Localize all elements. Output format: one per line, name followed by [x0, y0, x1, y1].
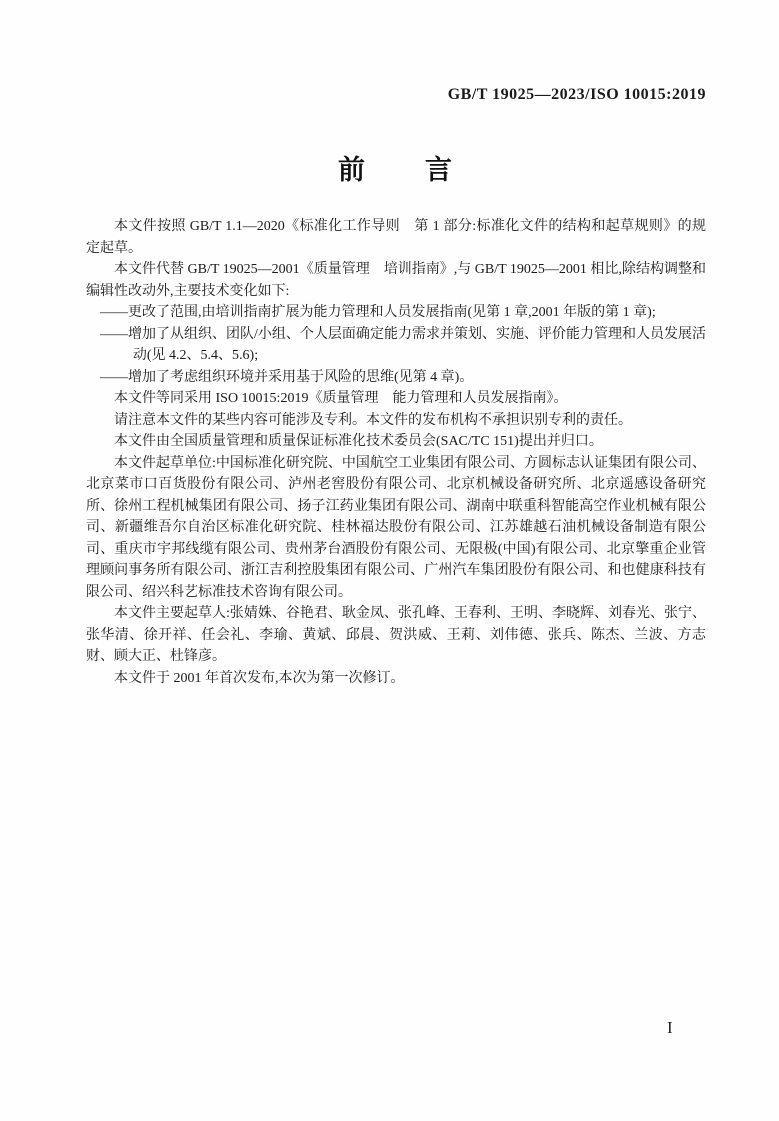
paragraph-main-drafters: 本文件主要起草人:张婧姝、谷艳君、耿金凤、张孔峰、王春利、王明、李晓辉、刘春光、… [86, 603, 706, 668]
paragraph-patent-notice: 请注意本文件的某些内容可能涉及专利。本文件的发布机构不承担识别专利的责任。 [86, 410, 706, 432]
change-bullet-risk: ——增加了考虑组织环境并采用基于风险的思维(见第 4 章)。 [86, 367, 706, 389]
page-number: I [667, 1018, 673, 1038]
change-bullet-levels: ——增加了从组织、团队/小组、个人层面确定能力需求并策划、实施、评价能力管理和人… [86, 324, 706, 367]
paragraph-replaces: 本文件代替 GB/T 19025—2001《质量管理 培训指南》,与 GB/T … [86, 259, 706, 302]
paragraph-committee: 本文件由全国质量管理和质量保证标准化技术委员会(SAC/TC 151)提出并归口… [86, 431, 706, 453]
page-title: 前 言 [86, 148, 706, 187]
foreword-body: 本文件按照 GB/T 1.1—2020《标准化工作导则 第 1 部分:标准化文件… [86, 216, 706, 689]
document-page: GB/T 19025—2023/ISO 10015:2019 前 言 本文件按照… [0, 0, 779, 1121]
paragraph-history: 本文件于 2001 年首次发布,本次为第一次修订。 [86, 668, 706, 690]
paragraph-identical-adoption: 本文件等同采用 ISO 10015:2019《质量管理 能力管理和人员发展指南》… [86, 388, 706, 410]
paragraph-drafting-organizations: 本文件起草单位:中国标准化研究院、中国航空工业集团有限公司、方圆标志认证集团有限… [86, 453, 706, 604]
standard-code-header: GB/T 19025—2023/ISO 10015:2019 [86, 86, 706, 104]
paragraph-drafting-rule: 本文件按照 GB/T 1.1—2020《标准化工作导则 第 1 部分:标准化文件… [86, 216, 706, 259]
change-bullet-scope: ——更改了范围,由培训指南扩展为能力管理和人员发展指南(见第 1 章,2001 … [86, 302, 706, 324]
